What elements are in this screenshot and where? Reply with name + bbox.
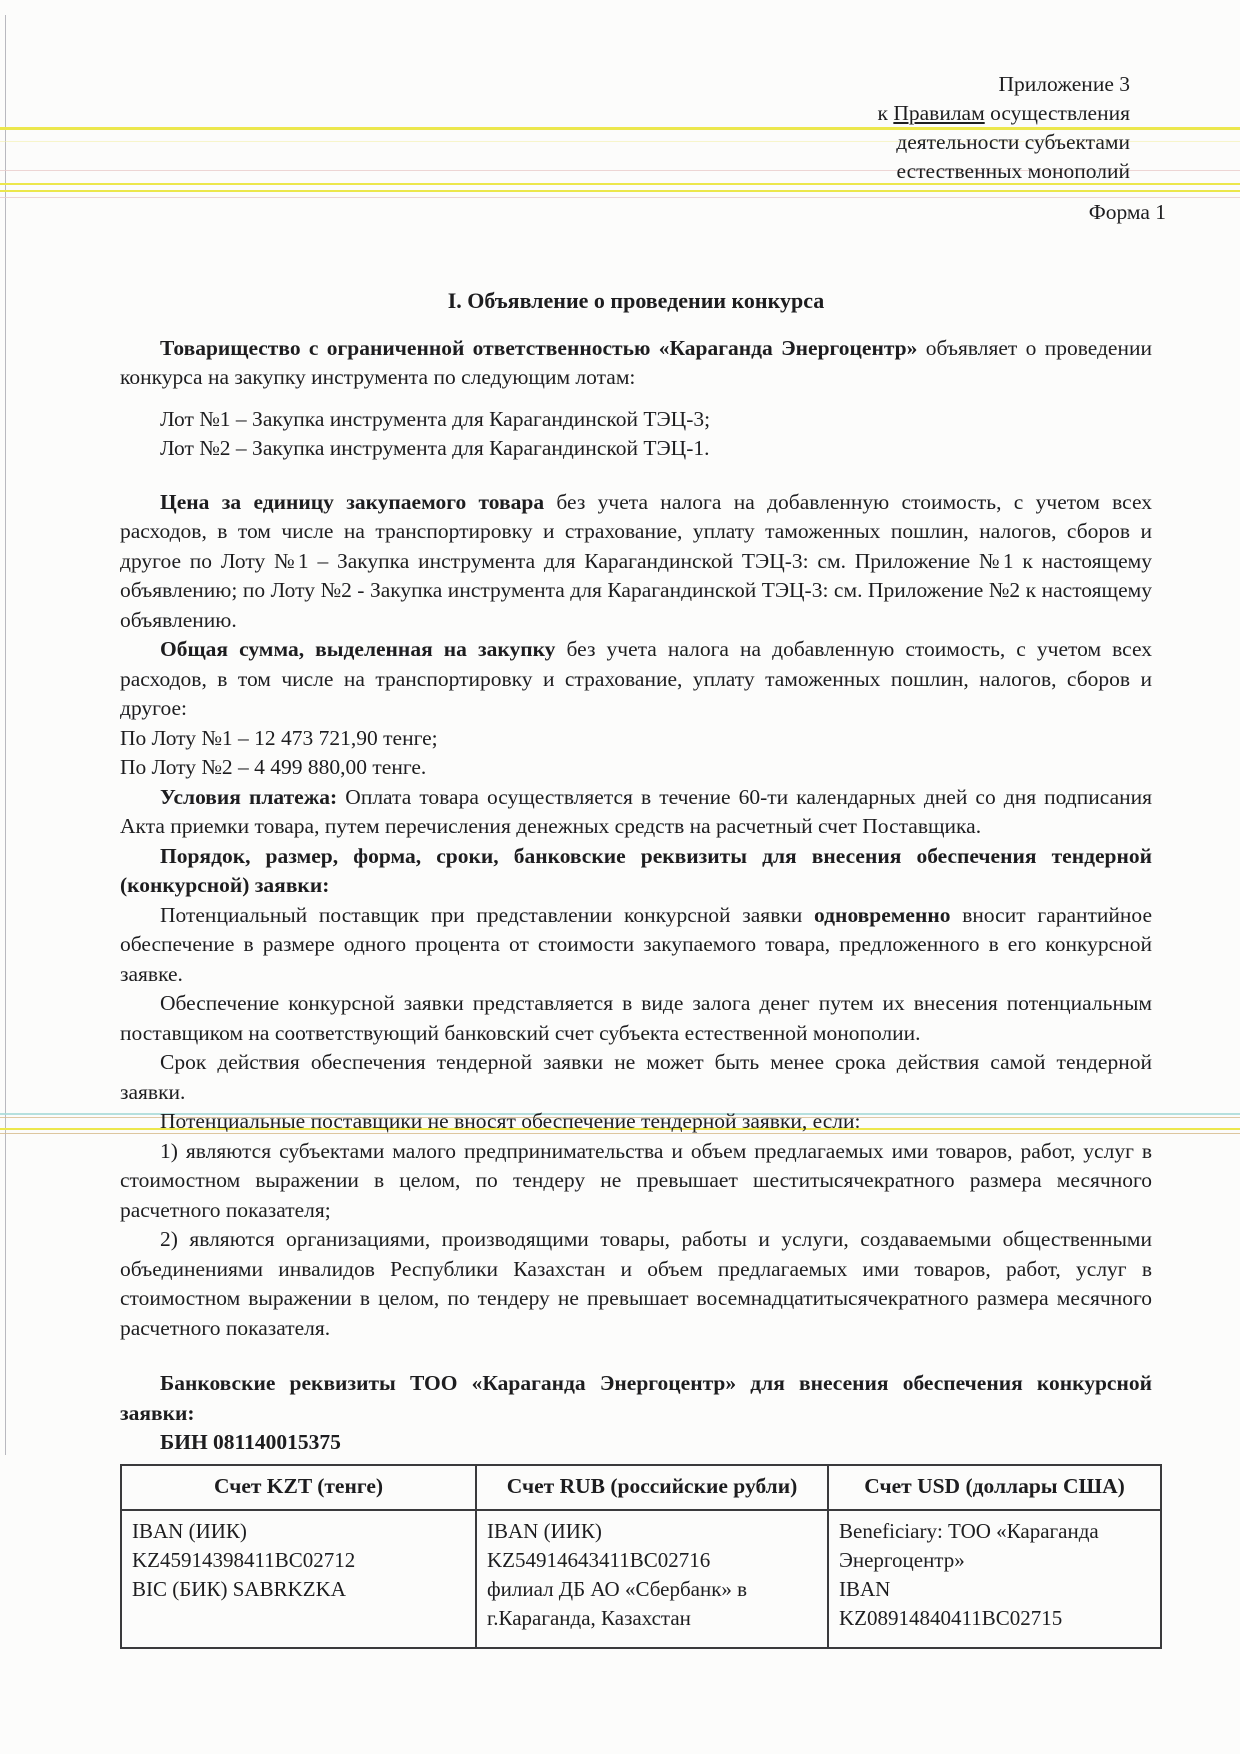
table-row: IBAN (ИИК) KZ45914398411BC02712 BIC (БИК… [121,1510,1161,1648]
table-header-rub: Счет RUB (российские рубли) [476,1465,828,1510]
table-cell-kzt: IBAN (ИИК) KZ45914398411BC02712 BIC (БИК… [121,1510,476,1648]
paragraph-pledge: Обеспечение конкурсной заявки представля… [120,989,1152,1048]
appendix-line-3: деятельности субъектами [878,128,1130,157]
appendix-line-2: к Правилам осуществления [878,99,1130,128]
table-header-row: Счет KZT (тенге) Счет RUB (российские ру… [121,1465,1161,1510]
rules-underlined-word: Правилам [893,101,984,125]
paragraph-unit-price: Цена за единицу закупаемого товара без у… [120,488,1152,636]
paragraph-total-sum: Общая сумма, выделенная на закупку без у… [120,635,1152,724]
scan-page-edge-line [5,15,6,1455]
paragraph-bank-details-heading: Банковские реквизиты ТОО «Караганда Энер… [120,1369,1152,1428]
lot-2-line: Лот №2 – Закупка инструмента для Караган… [120,434,1152,464]
paragraph-no-security-intro: Потенциальные поставщики не вносят обесп… [120,1107,1152,1137]
document-title: I. Объявление о проведении конкурса [120,286,1152,316]
paragraph-condition-2: 2) являются организациями, производящими… [120,1225,1152,1343]
appendix-line-1: Приложение 3 [878,70,1130,99]
form-number-label: Форма 1 [1089,200,1166,225]
table-header-usd: Счет USD (доллары США) [828,1465,1161,1510]
lot-1-line: Лот №1 – Закупка инструмента для Караган… [120,405,1152,435]
lots-list: Лот №1 – Закупка инструмента для Караган… [120,405,1152,464]
paragraph-intro: Товарищество с ограниченной ответственно… [120,334,1152,393]
table-cell-rub: IBAN (ИИК) KZ54914643411BC02716 филиал Д… [476,1510,828,1648]
paragraph-payment-terms: Условия платежа: Оплата товара осуществл… [120,783,1152,842]
table-header-kzt: Счет KZT (тенге) [121,1465,476,1510]
appendix-line-4: естественных монополий [878,157,1130,186]
lot-2-sum-line: По Лоту №2 – 4 499 880,00 тенге. [120,753,1152,783]
paragraph-condition-1: 1) являются субъектами малого предприним… [120,1137,1152,1226]
lot-1-sum-line: По Лоту №1 – 12 473 721,90 тенге; [120,724,1152,754]
paragraph-security-term: Срок действия обеспечения тендерной заяв… [120,1048,1152,1107]
paragraph-security-order: Порядок, размер, форма, сроки, банковски… [120,842,1152,901]
document-body: I. Объявление о проведении конкурса Това… [120,286,1152,1649]
scan-streak-line [0,197,1240,198]
appendix-reference: Приложение 3 к Правилам осуществления де… [878,70,1130,186]
paragraph-supplier-guarantee: Потенциальный поставщик при представлени… [120,901,1152,990]
bank-accounts-table: Счет KZT (тенге) Счет RUB (российские ру… [120,1464,1162,1649]
bin-line: БИН 081140015375 [120,1428,1152,1458]
table-cell-usd: Beneficiary: ТОО «Караганда Энергоцентр»… [828,1510,1161,1648]
scan-streak-line [0,190,1240,192]
